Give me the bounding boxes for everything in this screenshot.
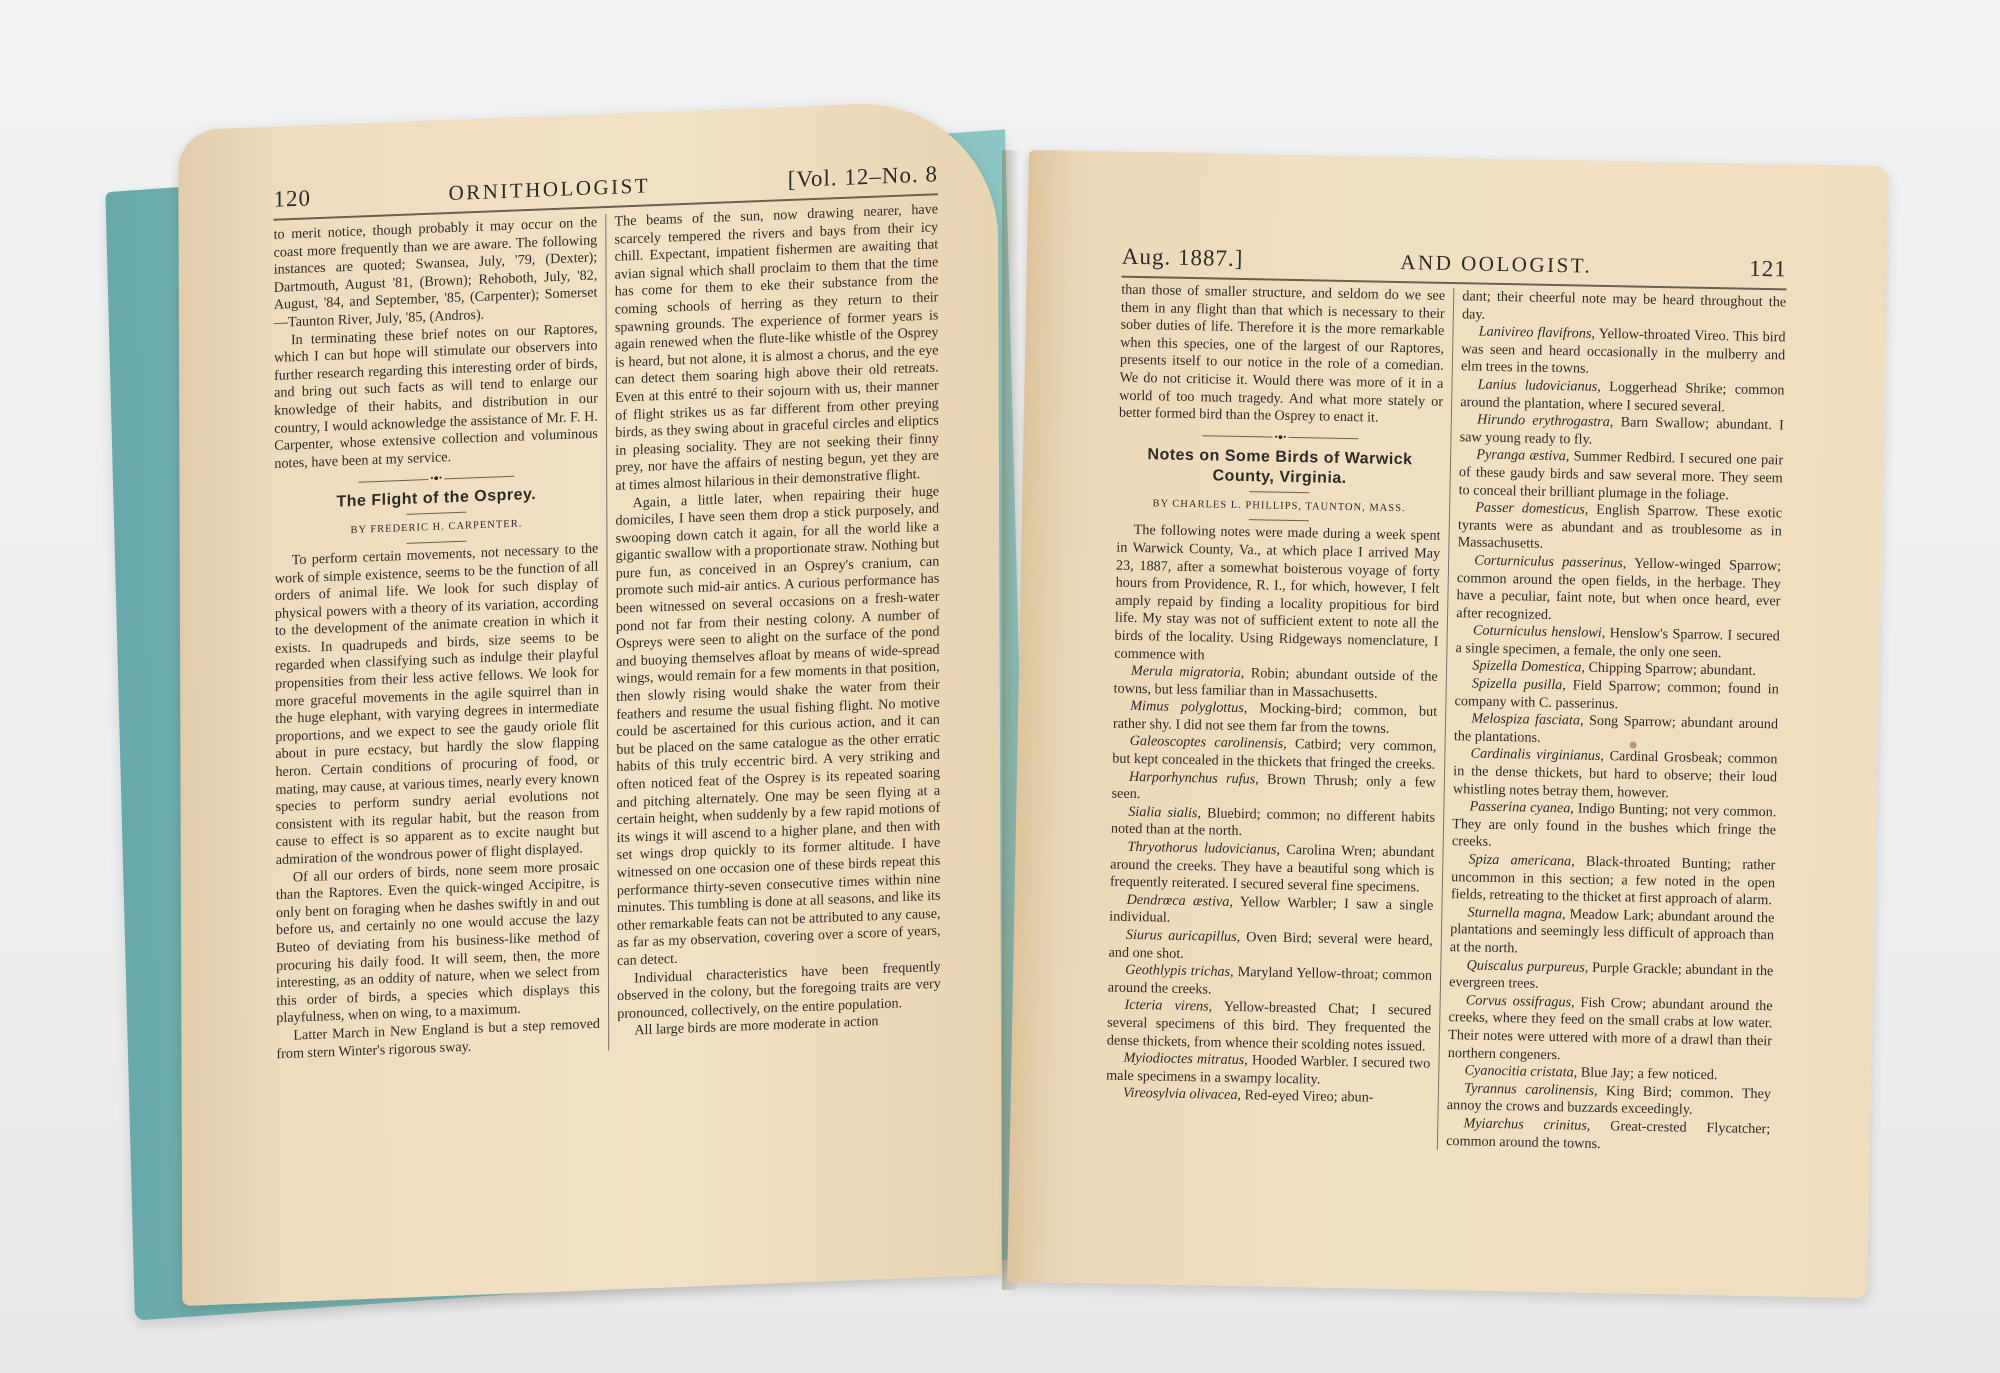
latin-name: Dendrœca æstiva <box>1126 892 1229 910</box>
species-entry: Passerina cyanea, Indigo Bunting; not ve… <box>1452 798 1777 857</box>
right-column-1: than those of smaller structure, and sel… <box>1105 282 1445 1150</box>
latin-name: Coturniculus henslowi <box>1473 623 1602 641</box>
latin-name: Hirundo erythrogastra <box>1477 412 1610 431</box>
photo-scene: 120 ORNITHOLOGIST [Vol. 12–No. 8 to meri… <box>0 0 2000 1373</box>
species-entry: Icteria virens, Yellow-breasted Chat; I … <box>1107 997 1432 1056</box>
latin-name: Melospiza fasciata <box>1471 711 1580 729</box>
left-page: 120 ORNITHOLOGIST [Vol. 12–No. 8 to meri… <box>178 99 1001 1306</box>
byline: BY CHARLES L. PHILLIPS, TAUNTON, MASS. <box>1117 494 1441 518</box>
paragraph: to merit notice, though probably it may … <box>274 214 598 332</box>
latin-name: Tyrannus carolinensis <box>1464 1080 1594 1098</box>
latin-name: Thryothorus ludovicianus <box>1127 839 1276 858</box>
latin-name: Mimus polyglottus <box>1130 698 1244 716</box>
running-title: AND OOLOGIST. <box>1400 250 1592 279</box>
species-entry: Thryothorus ludovicianus, Carolina Wren;… <box>1110 839 1435 898</box>
latin-name: Sialia sialis <box>1128 804 1197 821</box>
latin-name: Lanivireo flavifrons <box>1479 324 1592 342</box>
latin-name: Siurus auricapillus <box>1126 927 1237 945</box>
latin-name: Pyranga æstiva <box>1476 447 1566 465</box>
paragraph: The following notes were made during a w… <box>1114 522 1441 669</box>
latin-name: Spizella pusilla <box>1472 676 1563 694</box>
paragraph: In terminating these brief notes on our … <box>274 320 598 473</box>
left-column-1: to merit notice, though probably it may … <box>274 214 601 1063</box>
title-rule <box>406 512 466 515</box>
page-number: 120 <box>273 185 311 212</box>
species-note: , Red-eyed Vireo; abun- <box>1237 1087 1373 1106</box>
species-entry: Pyranga æstiva, Summer Redbird. I secure… <box>1458 447 1783 506</box>
column-separator <box>605 214 609 1051</box>
latin-name: Cardinalis virginianus <box>1470 746 1600 764</box>
species-entry: Lanivireo flavifrons, Yellow-throated Vi… <box>1461 323 1786 382</box>
right-column-2: dant; their cheerful note may be heard t… <box>1446 288 1786 1156</box>
left-columns: to merit notice, though probably it may … <box>274 201 941 1063</box>
running-title: ORNITHOLOGIST <box>449 173 651 206</box>
latin-name: Spiza americana <box>1468 851 1571 869</box>
latin-name: Lanius ludovicianus <box>1478 376 1598 394</box>
paragraph: The beams of the sun, now drawing nearer… <box>614 201 939 495</box>
species-entry: Cardinalis virginianus, Cardinal Grosbea… <box>1453 746 1778 805</box>
latin-name: Myiodioctes mitratus <box>1123 1050 1244 1068</box>
latin-name: Icteria virens <box>1124 997 1208 1015</box>
latin-name: Galeoscoptes carolinensis <box>1129 733 1283 752</box>
species-entry: Spiza americana, Black-throated Bunting;… <box>1451 851 1776 910</box>
species-entry: Passer domesticus, English Sparrow. Thes… <box>1457 499 1782 558</box>
latin-name: Corvus ossifragus <box>1466 992 1572 1010</box>
left-column-2: The beams of the sun, now drawing nearer… <box>614 201 941 1050</box>
article-title: The Flight of the Osprey. <box>274 483 598 515</box>
byline: BY FREDERIC H. CARPENTER. <box>275 513 599 543</box>
species-note: , Chipping Sparrow; abundant. <box>1581 660 1756 679</box>
latin-name: Passer domesticus <box>1475 500 1585 518</box>
latin-name: Cyanocitia cristata <box>1464 1063 1573 1081</box>
byline-rule <box>1249 519 1309 521</box>
paragraph: Of all our orders of birds, none seem mo… <box>276 857 600 1028</box>
species-entry: Sturnella magna, Meadow Lark; abundant a… <box>1450 904 1775 963</box>
right-page: Aug. 1887.] AND OOLOGIST. 121 than those… <box>1007 150 1889 1298</box>
paragraph: To perform certain movements, not necess… <box>275 540 600 869</box>
latin-name: Passerina cyanea <box>1469 799 1570 817</box>
latin-name: Merula migratoria <box>1131 663 1241 681</box>
latin-name: Vireosylvia olivacea <box>1123 1085 1238 1103</box>
latin-name: Geothlypis trichas <box>1125 962 1230 980</box>
species-entry: Corvus ossifragus, Fish Crow; abundant a… <box>1448 992 1773 1069</box>
issue-date: Aug. 1887.] <box>1122 244 1244 272</box>
paragraph: than those of smaller structure, and sel… <box>1119 282 1446 429</box>
right-columns: than those of smaller structure, and sel… <box>1105 282 1786 1157</box>
species-entry: Corturniculus passerinus, Yellow-winged … <box>1456 552 1781 629</box>
page-number: 121 <box>1749 256 1787 283</box>
byline-rule <box>406 541 466 544</box>
paragraph: Again, a little later, when repairing th… <box>615 483 940 971</box>
volume-label: [Vol. 12–No. 8 <box>788 161 938 193</box>
ink-stain <box>1630 741 1637 748</box>
latin-name: Corturniculus passerinus <box>1474 552 1623 571</box>
title-rule <box>1249 491 1309 493</box>
latin-name: Harporhynchus rufus <box>1129 769 1256 787</box>
latin-name: Myiarchus crinitus <box>1463 1115 1587 1133</box>
species-note: , Blue Jay; a few noticed. <box>1574 1065 1718 1084</box>
species-entry: Myiarchus crinitus, Great-crested Flycat… <box>1446 1115 1770 1156</box>
latin-name: Sturnella magna <box>1467 904 1562 922</box>
article-title: Notes on Some Birds of Warwick County, V… <box>1118 444 1443 490</box>
latin-name: Quiscalus purpureus <box>1466 957 1585 975</box>
latin-name: Spizella Domestica <box>1472 658 1581 676</box>
ornament-divider: •●• <box>1118 428 1442 444</box>
